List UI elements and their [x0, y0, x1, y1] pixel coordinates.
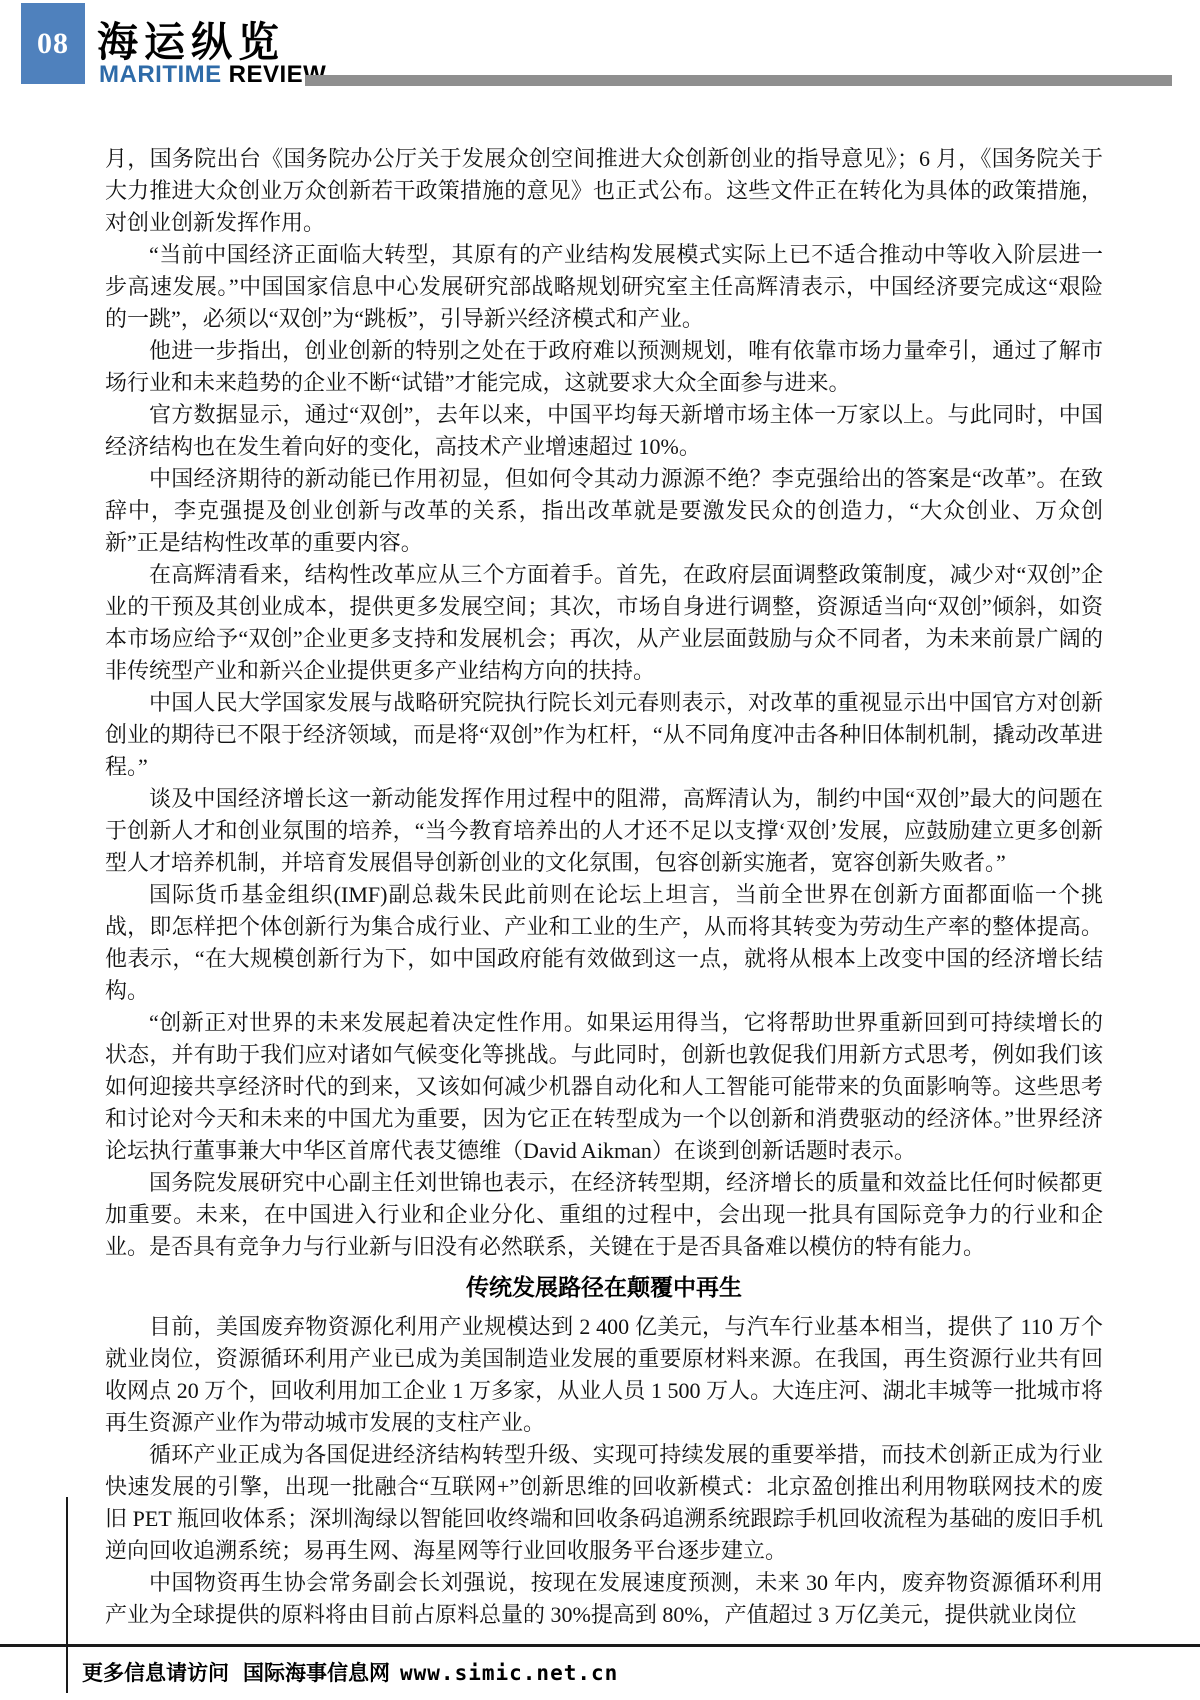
article-body: 月，国务院出台《国务院办公厅关于发展众创空间推进大众创新创业的指导意见》；6 月…	[105, 143, 1103, 1631]
paragraph: 官方数据显示，通过“双创”，去年以来，中国平均每天新增市场主体一万家以上。与此同…	[105, 399, 1103, 463]
magazine-page: 08 海运纵览 MARITIMEREVIEW 月，国务院出台《国务院办公厅关于发…	[0, 0, 1200, 1700]
paragraph: 在高辉清看来，结构性改革应从三个方面着手。首先，在政府层面调整政策制度，减少对“…	[105, 559, 1103, 687]
paragraph: 循环产业正成为各国促进经济结构转型升级、实现可持续发展的重要举措，而技术创新正成…	[105, 1439, 1103, 1567]
paragraph: 他进一步指出，创业创新的特别之处在于政府难以预测规划，唯有依靠市场力量牵引，通过…	[105, 335, 1103, 399]
paragraph: 国务院发展研究中心副主任刘世锦也表示，在经济转型期，经济增长的质量和效益比任何时…	[105, 1167, 1103, 1263]
paragraph: 中国人民大学国家发展与战略研究院执行院长刘元春则表示，对改革的重视显示出中国官方…	[105, 687, 1103, 783]
masthead-rule-bar	[305, 75, 1172, 86]
footer-rule-line	[0, 1644, 1200, 1647]
paragraph: “当前中国经济正面临大转型，其原有的产业结构发展模式实际上已不适合推动中等收入阶…	[105, 239, 1103, 335]
page-number: 08	[37, 27, 69, 61]
masthead-title: 海运纵览	[97, 22, 285, 63]
section-heading: 传统发展路径在颠覆中再生	[105, 1271, 1103, 1303]
footer-url: www.simic.net.cn	[400, 1661, 618, 1685]
paragraph: 中国物资再生协会常务副会长刘强说，按现在发展速度预测，未来 30 年内，废弃物资…	[105, 1567, 1103, 1631]
footer-site-name: 国际海事信息网	[243, 1662, 390, 1685]
paragraph: “创新正对世界的未来发展起着决定性作用。如果运用得当，它将帮助世界重新回到可持续…	[105, 1007, 1103, 1167]
masthead-subtitle: MARITIMEREVIEW	[99, 63, 326, 87]
paragraph: 国际货币基金组织(IMF)副总裁朱民此前则在论坛上坦言，当前全世界在创新方面都面…	[105, 879, 1103, 1007]
left-crop-mark-line	[66, 1497, 68, 1693]
paragraph: 目前，美国废弃物资源化利用产业规模达到 2 400 亿美元，与汽车行业基本相当，…	[105, 1311, 1103, 1439]
footer-notice: 更多信息请访问	[82, 1662, 229, 1685]
paragraph: 谈及中国经济增长这一新动能发挥作用过程中的阻滞，高辉清认为，制约中国“双创”最大…	[105, 783, 1103, 879]
paragraph-continuation: 月，国务院出台《国务院办公厅关于发展众创空间推进大众创新创业的指导意见》；6 月…	[105, 143, 1103, 239]
footer: 更多信息请访问国际海事信息网www.simic.net.cn	[82, 1657, 618, 1687]
paragraph: 中国经济期待的新动能已作用初显，但如何令其动力源源不绝？李克强给出的答案是“改革…	[105, 463, 1103, 559]
masthead-subtitle-primary: MARITIME	[99, 61, 222, 88]
page-number-box: 08	[21, 3, 85, 84]
